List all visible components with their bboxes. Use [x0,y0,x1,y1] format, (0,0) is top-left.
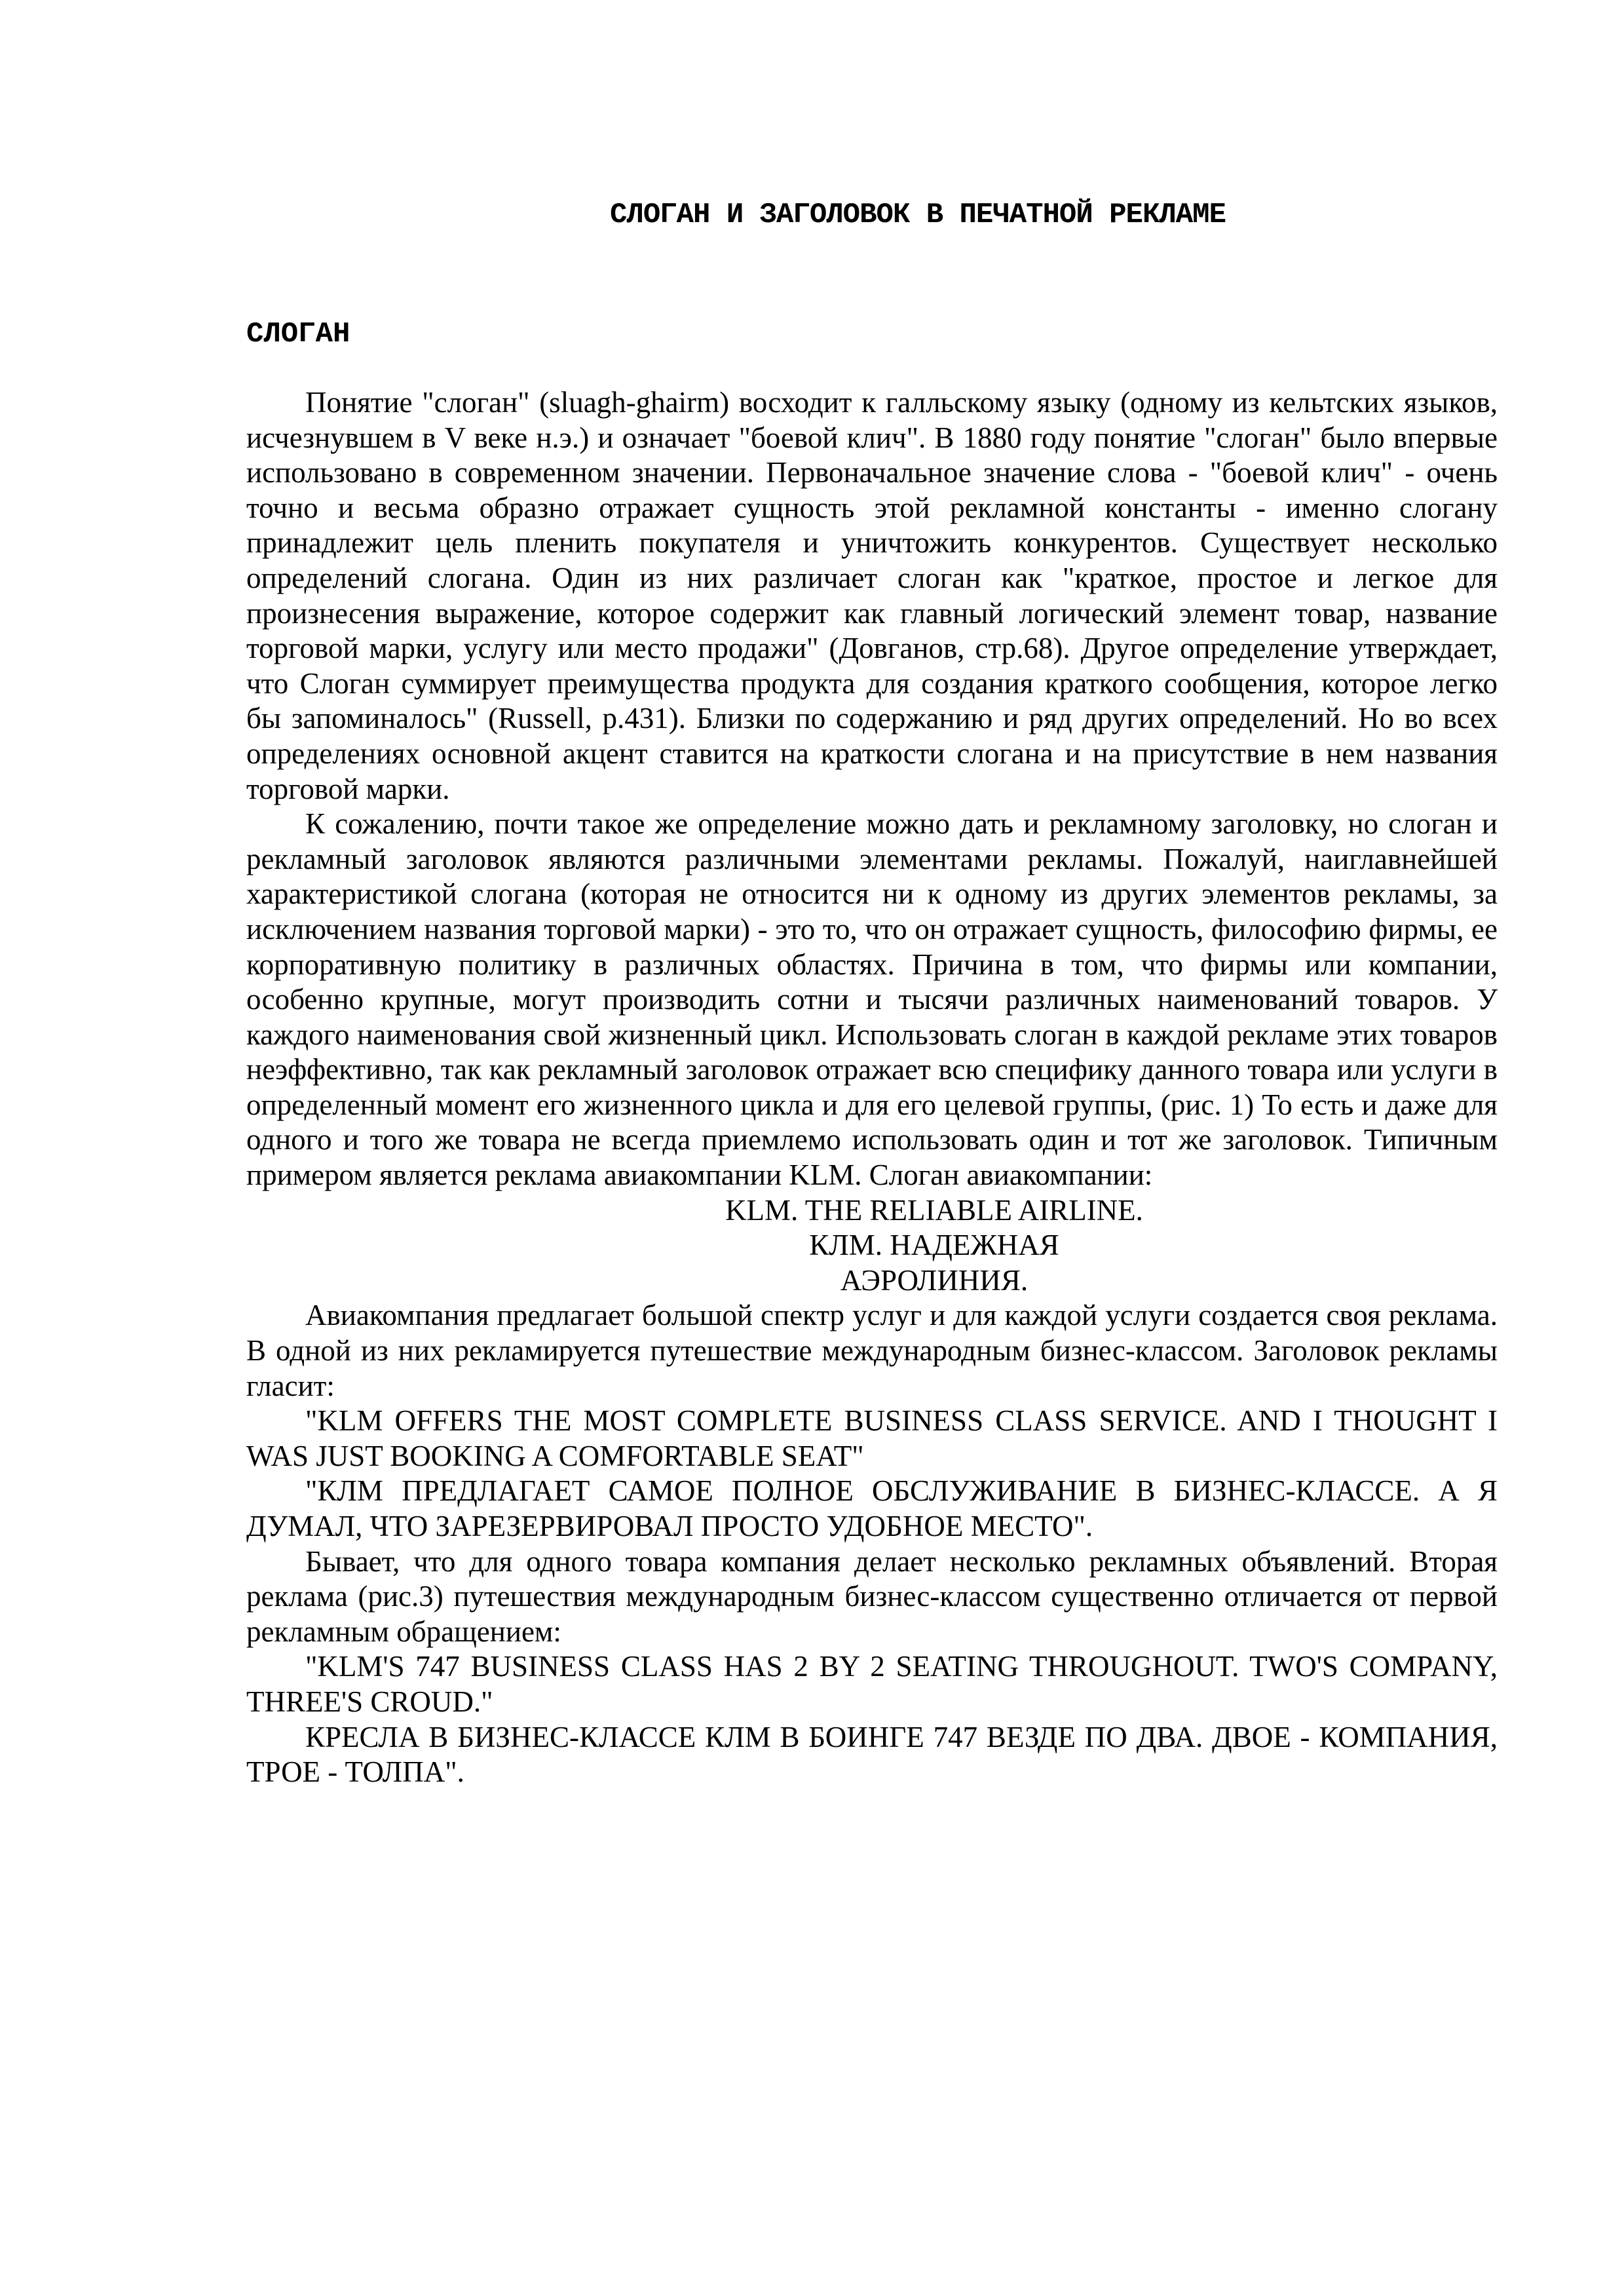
headline-1-english: "KLM OFFERS THE MOST COMPLETE BUSINESS C… [246,1404,1498,1474]
paragraph-second-ad: Бывает, что для одного товара компания д… [246,1544,1498,1650]
headline-2-russian: КРЕСЛА В БИЗНЕС-КЛАССЕ КЛМ В БОИНГЕ 747 … [246,1720,1498,1790]
klm-slogan-block: KLM. THE RELIABLE AIRLINE. КЛМ. НАДЕЖНАЯ… [246,1193,1498,1299]
paragraph-slogan-vs-headline: К сожалению, почти такое же определение … [246,807,1498,1193]
headline-2-english: "KLM'S 747 BUSINESS CLASS HAS 2 BY 2 SEA… [246,1649,1498,1719]
headline-1-russian: "КЛМ ПРЕДЛАГАЕТ САМОЕ ПОЛНОЕ ОБСЛУЖИВАНИ… [246,1474,1498,1544]
klm-slogan-russian-line1: КЛМ. НАДЕЖНАЯ [246,1228,1498,1263]
document-body: Понятие "слоган" (sluagh-ghairm) восходи… [246,385,1498,1790]
section-heading-slogan: СЛОГАН [246,315,350,354]
document-title: СЛОГАН И ЗАГОЛОВОК В ПЕЧАТНОЙ РЕКЛАМЕ [246,195,1498,235]
paragraph-airline-services: Авиакомпания предлагает большой спектр у… [246,1298,1498,1404]
klm-slogan-english: KLM. THE RELIABLE AIRLINE. [246,1193,1498,1229]
klm-slogan-russian-line2: АЭРОЛИНИЯ. [246,1263,1498,1299]
paragraph-slogan-definition: Понятие "слоган" (sluagh-ghairm) восходи… [246,385,1498,807]
